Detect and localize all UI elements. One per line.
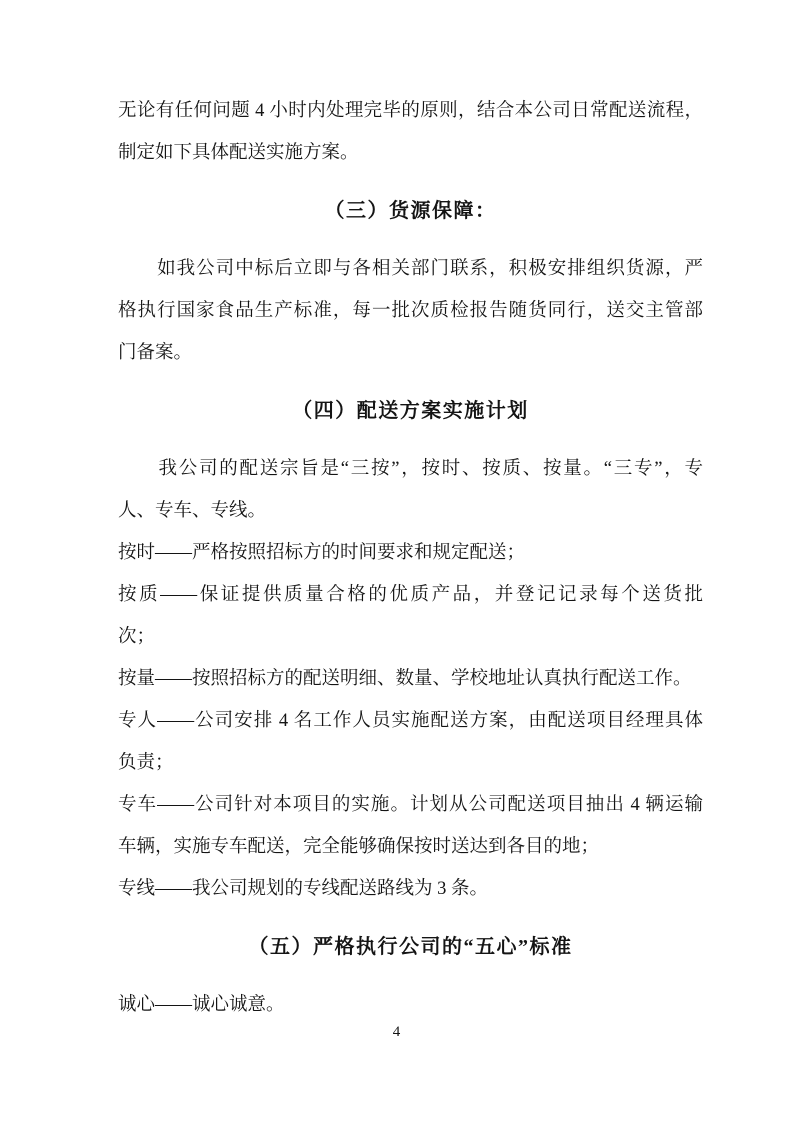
page-number: 4 bbox=[393, 1024, 401, 1040]
text-line: 我公司的配送宗旨是“三按”，按时、按质、按量。“三专”，专 bbox=[118, 448, 703, 490]
text-line: 制定如下具体配送实施方案。 bbox=[118, 132, 703, 174]
section-heading: （四）配送方案实施计划 bbox=[118, 390, 703, 432]
text-line: 如我公司中标后立即与各相关部门联系，积极安排组织货源，严 bbox=[118, 248, 703, 290]
text-line: 人、专车、专线。 bbox=[118, 490, 703, 532]
text-line: 按质——保证提供质量合格的优质产品，并登记记录每个送货批 bbox=[118, 574, 703, 616]
text-line: 专线——我公司规划的专线配送路线为 3 条。 bbox=[118, 868, 703, 910]
document-body: 无论有任何问题 4 小时内处理完毕的原则，结合本公司日常配送流程，制定如下具体配… bbox=[118, 90, 703, 1026]
document-page: 无论有任何问题 4 小时内处理完毕的原则，结合本公司日常配送流程，制定如下具体配… bbox=[0, 0, 793, 1122]
section-heading: （五）严格执行公司的“五心”标准 bbox=[118, 926, 703, 968]
text-line: 按量——按照招标方的配送明细、数量、学校地址认真执行配送工作。 bbox=[118, 658, 703, 700]
text-line: 按时——严格按照招标方的时间要求和规定配送； bbox=[118, 532, 703, 574]
text-line: 格执行国家食品生产标准，每一批次质检报告随货同行，送交主管部 bbox=[118, 290, 703, 332]
text-line: 负责； bbox=[118, 742, 703, 784]
text-line: 诚心——诚心诚意。 bbox=[118, 984, 703, 1026]
text-line: 车辆，实施专车配送，完全能够确保按时送达到各目的地； bbox=[118, 826, 703, 868]
text-line: 专车——公司针对本项目的实施。计划从公司配送项目抽出 4 辆运输 bbox=[118, 784, 703, 826]
page-footer: 4 bbox=[0, 1022, 793, 1042]
section-heading: （三）货源保障： bbox=[118, 190, 703, 232]
text-line: 门备案。 bbox=[118, 332, 703, 374]
text-line: 无论有任何问题 4 小时内处理完毕的原则，结合本公司日常配送流程， bbox=[118, 90, 703, 132]
text-line: 专人——公司安排 4 名工作人员实施配送方案，由配送项目经理具体 bbox=[118, 700, 703, 742]
text-line: 次； bbox=[118, 616, 703, 658]
